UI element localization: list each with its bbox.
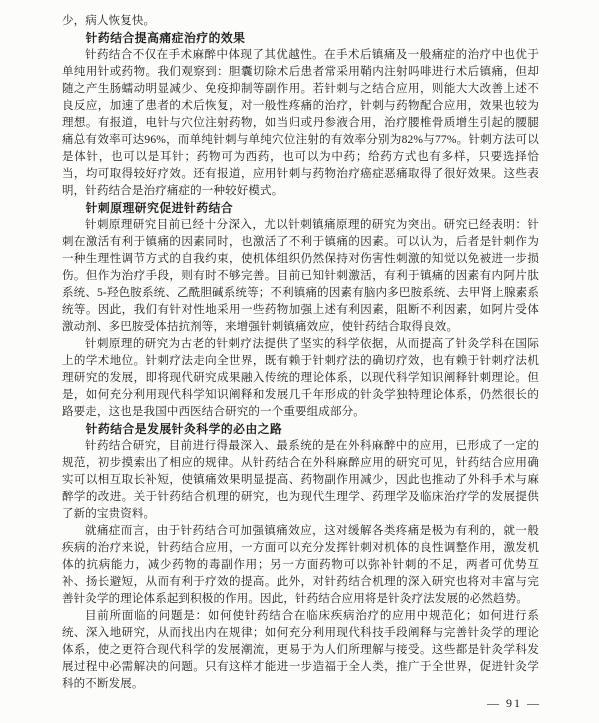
paragraph-section3-1: 针药结合研究，目前进行得最深入、最系统的是在外科麻醉中的应用，已形成了一定的规范… [62, 438, 539, 523]
section-heading-needling-principle-research: 针刺原理研究促进针药结合 [62, 200, 539, 217]
paragraph-section3-2: 就痛症而言，由于针药结合可加强镇痛效应，这对缓解各类疼痛是极为有利的，就一般疾病… [62, 523, 539, 608]
page-number: — 91 — [487, 696, 541, 711]
paragraph-section1-1: 针药结合不仅在手术麻醉中体现了其优越性。在手术后镇痛及一般痛症的治疗中也优于单纯… [62, 47, 539, 200]
section-heading-inevitable-path: 针药结合是发展针灸科学的必由之路 [62, 421, 539, 438]
paragraph-section2-1: 针刺原理研究目前已经十分深入，尤以针刺镇痛原理的研究为突出。研究已经表明：针刺在… [62, 217, 539, 336]
carryover-line: 少，病人恢复快。 [62, 13, 539, 30]
paragraph-section3-3: 目前所面临的问题是：如何使针药结合在临床疾病治疗的应用中规范化；如何进行系统、深… [62, 608, 539, 693]
section-heading-pain-treatment-effect: 针药结合提高痛症治疗的效果 [62, 30, 539, 47]
document-page: 少，病人恢复快。 针药结合提高痛症治疗的效果 针药结合不仅在手术麻醉中体现了其优… [0, 0, 599, 723]
paragraph-section2-2: 针刺原理的研究为古老的针刺疗法提供了坚实的科学依据，从而提高了针灸学科在国际上的… [62, 336, 539, 421]
page-text-body: 少，病人恢复快。 针药结合提高痛症治疗的效果 针药结合不仅在手术麻醉中体现了其优… [62, 13, 539, 693]
